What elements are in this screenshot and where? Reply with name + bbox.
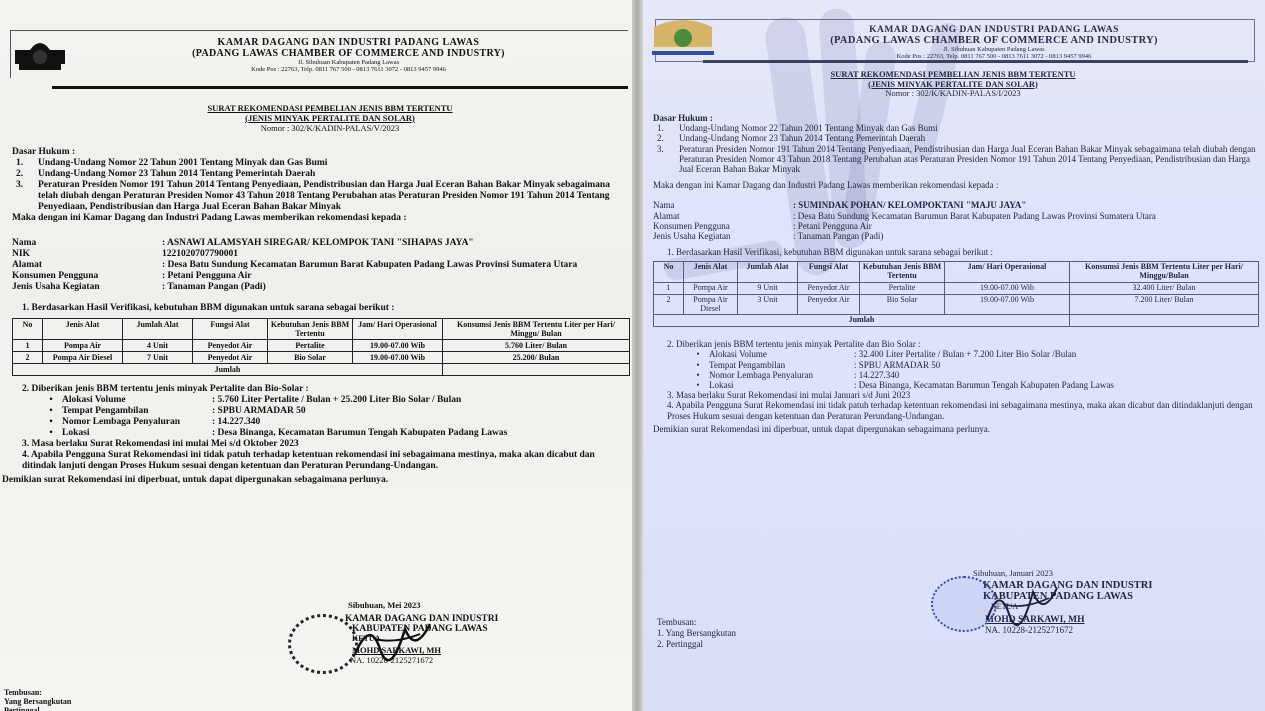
point-3: 3. Masa berlaku Surat Rekomendasi ini mu…: [12, 439, 630, 450]
info-row: NIK 1221020707790001: [12, 249, 630, 260]
bbm-table: No Jenis Alat Jumlah Alat Fungsi Alat Ke…: [653, 261, 1259, 327]
point-3: 3. Masa berlaku Surat Rekomendasi ini mu…: [653, 390, 1265, 400]
signature-scribble: [350, 614, 440, 664]
cc-item: 1. Yang Bersangkutan: [657, 628, 736, 639]
legal-item: 1.Undang-Undang Nomor 22 Tahun 2001 Tent…: [653, 123, 1265, 133]
letterhead-line1: KAMAR DAGANG DAN INDUSTRI PADANG LAWAS: [69, 37, 628, 48]
legal-item: 1.Undang-Undang Nomor 22 Tahun 2001 Tent…: [12, 158, 630, 169]
table-row: 2Pompa Air Diesel7 UnitPenyedot AirBio S…: [13, 352, 630, 364]
point-1: 1. Berdasarkan Hasil Verifikasi, kebutuh…: [667, 247, 1265, 257]
document-left: KAMAR DAGANG DAN INDUSTRI PADANG LAWAS (…: [0, 0, 632, 711]
point-4: 4. Apabila Pengguna Surat Rekomendasi in…: [12, 450, 630, 472]
allocation-item: •Lokasi: Desa Binanga, Kecamatan Barumun…: [687, 380, 1265, 390]
info-row: Jenis Usaha Kegiatan: Tanaman Pangan (Pa…: [653, 231, 1265, 241]
letter-number: Nomor : 302/K/KADIN-PALAS/I/2023: [723, 89, 1183, 99]
cc-heading: Tembusan:: [4, 688, 71, 697]
allocation-item: •Nomor Lembaga Penyaluran: 14.227.340: [687, 370, 1265, 380]
letterhead-address: Jl. Sibuhuan Kabupaten Padang Lawas: [723, 46, 1265, 53]
signature-block: Sibuhuan, Mei 2023 KAMAR DAGANG DAN INDU…: [290, 600, 630, 665]
letterhead-contact: Kode Pos : 22763, Telp. 0811 767 500 - 0…: [69, 66, 628, 73]
legal-item: 2.Undang-Undang Nomor 23 Tahun 2014 Tent…: [653, 133, 1265, 143]
letter-body: Dasar Hukum : 1.Undang-Undang Nomor 22 T…: [12, 147, 630, 486]
emblem-icon: [643, 14, 723, 64]
legal-basis-heading: Dasar Hukum :: [12, 147, 630, 158]
cc-list: Tembusan: Yang Bersangkutan Pertinggal: [4, 688, 71, 711]
title-line1: SURAT REKOMENDASI PEMBELIAN JENIS BBM TE…: [60, 103, 600, 113]
info-row: Alamat: Desa Batu Sundung Kecamatan Baru…: [12, 260, 630, 271]
letterhead: KAMAR DAGANG DAN INDUSTRI PADANG LAWAS (…: [10, 30, 628, 78]
allocation-item: •Alokasi Volume: 5.760 Liter Pertalite /…: [40, 395, 630, 406]
info-row: Konsumen Pengguna: Petani Pengguna Air: [12, 271, 630, 282]
recipient-info: Nama: ASNAWI ALAMSYAH SIREGAR/ KELOMPOK …: [12, 238, 630, 293]
page-divider: [632, 0, 643, 711]
info-row: Konsumen Pengguna: Petani Pengguna Air: [653, 221, 1265, 231]
letter-body: Dasar Hukum : 1.Undang-Undang Nomor 22 T…: [653, 113, 1265, 434]
cc-list: Tembusan: 1. Yang Bersangkutan 2. Pertin…: [657, 617, 736, 650]
signature-scribble: [983, 580, 1063, 626]
intro-text: Maka dengan ini Kamar Dagang dan Industr…: [12, 213, 630, 224]
legal-basis-list: 1.Undang-Undang Nomor 22 Tahun 2001 Tent…: [653, 123, 1265, 174]
allocation-item: •Tempat Pengambilan: SPBU ARMADAR 50: [40, 406, 630, 417]
point-1: 1. Berdasarkan Hasil Verifikasi, kebutuh…: [22, 303, 630, 314]
place-date: Sibuhuan, Mei 2023: [290, 600, 630, 610]
point-4: 4. Apabila Pengguna Surat Rekomendasi in…: [653, 400, 1265, 420]
signature-block: Sibuhuan, Januari 2023 KAMAR DAGANG DAN …: [933, 568, 1263, 635]
point-2: 2. Diberikan jenis BBM tertentu jenis mi…: [12, 384, 630, 395]
letterhead-address: Jl. Sibuhuan Kabupaten Padang Lawas: [69, 59, 628, 66]
legal-item: 3.Peraturan Presiden Nomor 191 Tahun 201…: [653, 144, 1265, 175]
official-stamp: [288, 614, 358, 674]
info-row: Alamat: Desa Batu Sundung Kecamatan Baru…: [653, 211, 1265, 221]
info-row: Jenis Usaha Kegiatan: Tanaman Pangan (Pa…: [12, 282, 630, 293]
table-row: 2Pompa Air Diesel3 UnitPenyedot AirBio S…: [654, 294, 1259, 315]
place-date: Sibuhuan, Januari 2023: [933, 568, 1263, 578]
allocation-item: •Lokasi: Desa Binanga, Kecamatan Barumun…: [40, 428, 630, 439]
legal-basis-heading: Dasar Hukum :: [653, 113, 1265, 123]
recipient-info: Nama: SUMINDAK POHAN/ KELOMPOKTANI "MAJU…: [653, 200, 1265, 241]
table-total-row: Jumlah: [13, 364, 630, 376]
letterhead-line1: KAMAR DAGANG DAN INDUSTRI PADANG LAWAS: [723, 25, 1265, 35]
header-rule: [703, 60, 1248, 63]
legal-basis-list: 1.Undang-Undang Nomor 22 Tahun 2001 Tent…: [12, 158, 630, 213]
letter-title: SURAT REKOMENDASI PEMBELIAN JENIS BBM TE…: [723, 70, 1183, 99]
document-right: KAMAR DAGANG DAN INDUSTRI PADANG LAWAS (…: [643, 0, 1265, 711]
allocation-list: •Alokasi Volume: 32.400 Liter Pertalite …: [653, 349, 1265, 390]
cc-item: Pertinggal: [4, 706, 71, 711]
legal-item: 3.Peraturan Presiden Nomor 191 Tahun 201…: [12, 180, 630, 213]
allocation-item: •Nomor Lembaga Penyaluran: 14.227.340: [40, 417, 630, 428]
table-row: 1Pompa Air9 UnitPenyedot AirPertalite19.…: [654, 283, 1259, 295]
title-line2: (JENIS MINYAK PERTALITE DAN SOLAR): [60, 113, 600, 123]
point-2: 2. Diberikan jenis BBM tertentu jenis mi…: [653, 339, 1265, 349]
letterhead-line2: (PADANG LAWAS CHAMBER OF COMMERCE AND IN…: [723, 35, 1265, 46]
info-row: Nama: SUMINDAK POHAN/ KELOMPOKTANI "MAJU…: [653, 200, 1265, 210]
table-row: 1Pompa Air4 UnitPenyedot AirPertalite19.…: [13, 340, 630, 352]
allocation-item: •Tempat Pengambilan: SPBU ARMADAR 50: [687, 360, 1265, 370]
allocation-item: •Alokasi Volume: 32.400 Liter Pertalite …: [687, 349, 1265, 359]
emblem-icon: [11, 35, 69, 75]
letterhead-contact: Kode Pos : 22763, Telp. 0811 767 500 - 0…: [723, 53, 1265, 60]
letter-title: SURAT REKOMENDASI PEMBELIAN JENIS BBM TE…: [60, 103, 600, 133]
info-row: Nama: ASNAWI ALAMSYAH SIREGAR/ KELOMPOK …: [12, 238, 630, 249]
cc-heading: Tembusan:: [657, 617, 736, 628]
table-total-row: Jumlah: [654, 315, 1259, 327]
letter-number: Nomor : 302/K/KADIN-PALAS/V/2023: [60, 123, 600, 133]
cc-item: Yang Bersangkutan: [4, 697, 71, 706]
closing-text: Demikian surat Rekomendasi ini diperbuat…: [2, 475, 630, 486]
legal-item: 2.Undang-Undang Nomor 23 Tahun 2014 Tent…: [12, 169, 630, 180]
letterhead-line2: (PADANG LAWAS CHAMBER OF COMMERCE AND IN…: [69, 48, 628, 59]
intro-text: Maka dengan ini Kamar Dagang dan Industr…: [653, 180, 1265, 190]
header-rule: [52, 86, 628, 89]
cc-item: 2. Pertinggal: [657, 639, 736, 650]
closing-text: Demikian surat Rekomendasi ini diperbuat…: [653, 424, 1265, 434]
bbm-table: No Jenis Alat Jumlah Alat Fungsi Alat Ke…: [12, 318, 630, 376]
allocation-list: •Alokasi Volume: 5.760 Liter Pertalite /…: [12, 395, 630, 439]
